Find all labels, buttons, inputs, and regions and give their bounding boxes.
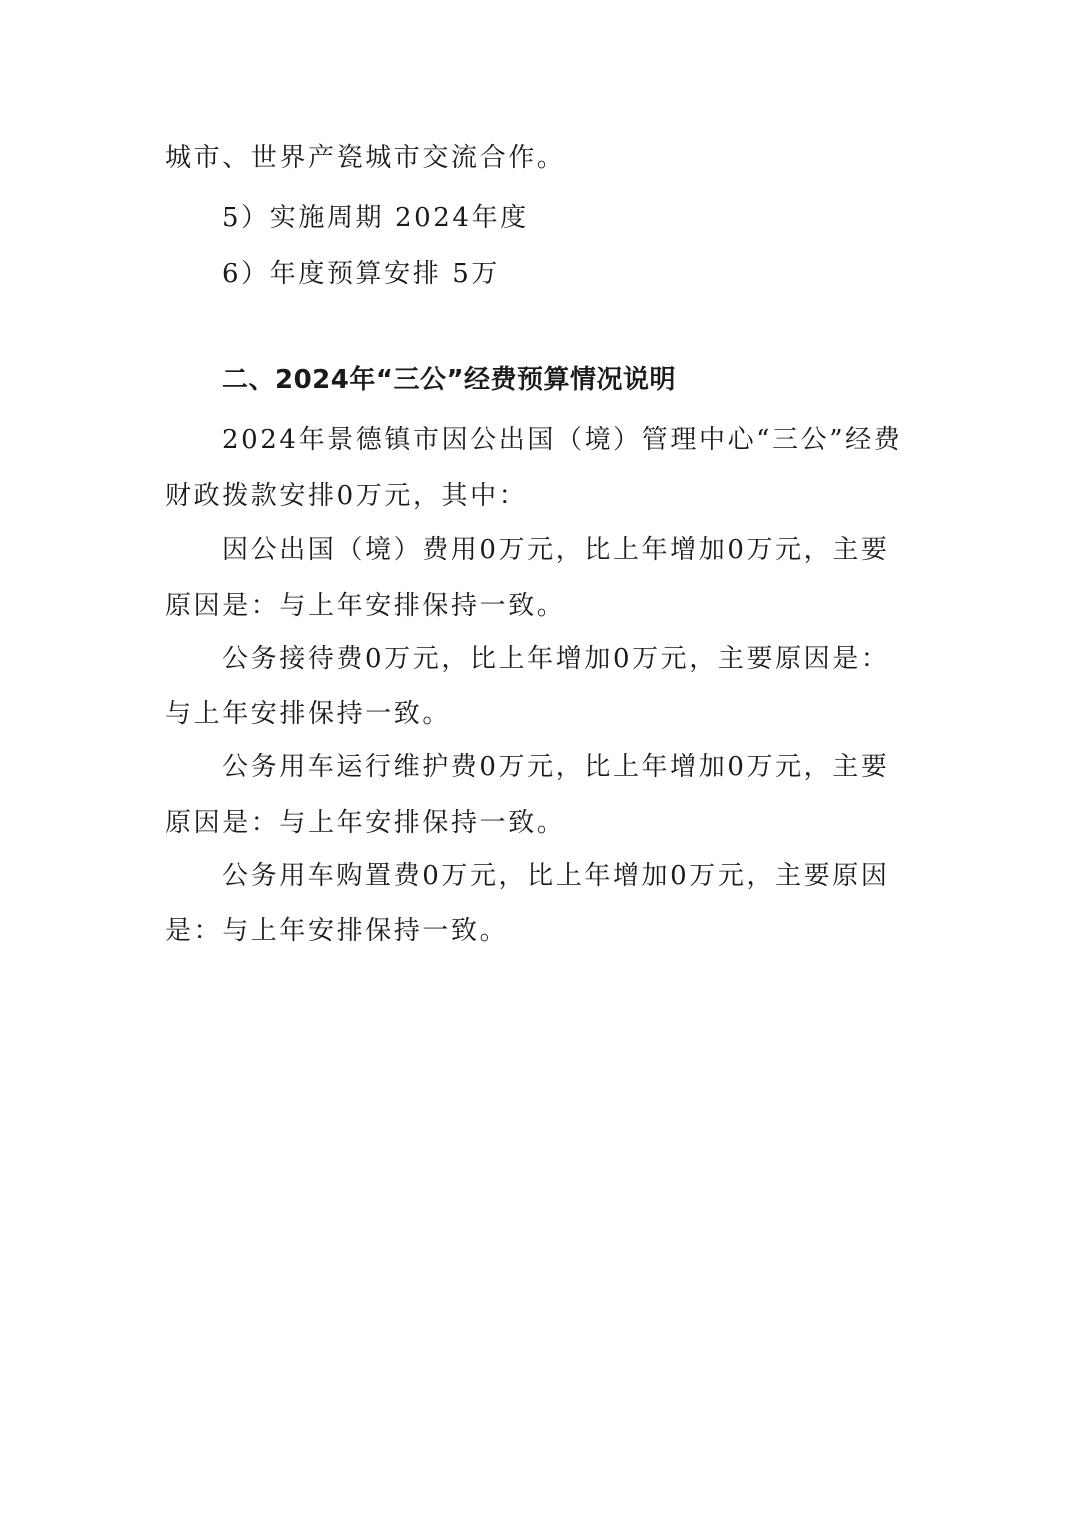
document-page: 城市、世界产瓷城市交流合作。 5）实施周期 2024年度 6）年度预算安排 5万… [0,0,1074,1520]
continuation-line: 城市、世界产瓷城市交流合作。 [165,142,565,174]
paragraph-reception-line-1: 公务接待费0万元，比上年增加0万元，主要原因是： [222,643,890,675]
paragraph-vehicle-maintenance-line-1: 公务用车运行维护费0万元，比上年增加0万元，主要 [222,751,890,783]
paragraph-reception-line-2: 与上年安排保持一致。 [165,698,451,730]
paragraph-vehicle-maintenance-line-2: 原因是：与上年安排保持一致。 [165,807,565,839]
paragraph-vehicle-purchase-line-1: 公务用车购置费0万元，比上年增加0万元，主要原因 [222,860,890,892]
paragraph-vehicle-purchase-line-2: 是：与上年安排保持一致。 [165,915,508,947]
section-heading: 二、2024年“三公”经费预算情况说明 [222,364,676,396]
implementation-period-line: 5）实施周期 2024年度 [222,202,529,234]
paragraph-summary-line-1: 2024年景德镇市因公出国（境）管理中心“三公”经费 [222,424,902,456]
paragraph-summary-line-2: 财政拨款安排0万元，其中： [165,480,527,512]
annual-budget-line: 6）年度预算安排 5万 [222,258,500,290]
paragraph-overseas-travel-line-1: 因公出国（境）费用0万元，比上年增加0万元，主要 [222,534,890,566]
paragraph-overseas-travel-line-2: 原因是：与上年安排保持一致。 [165,590,565,622]
